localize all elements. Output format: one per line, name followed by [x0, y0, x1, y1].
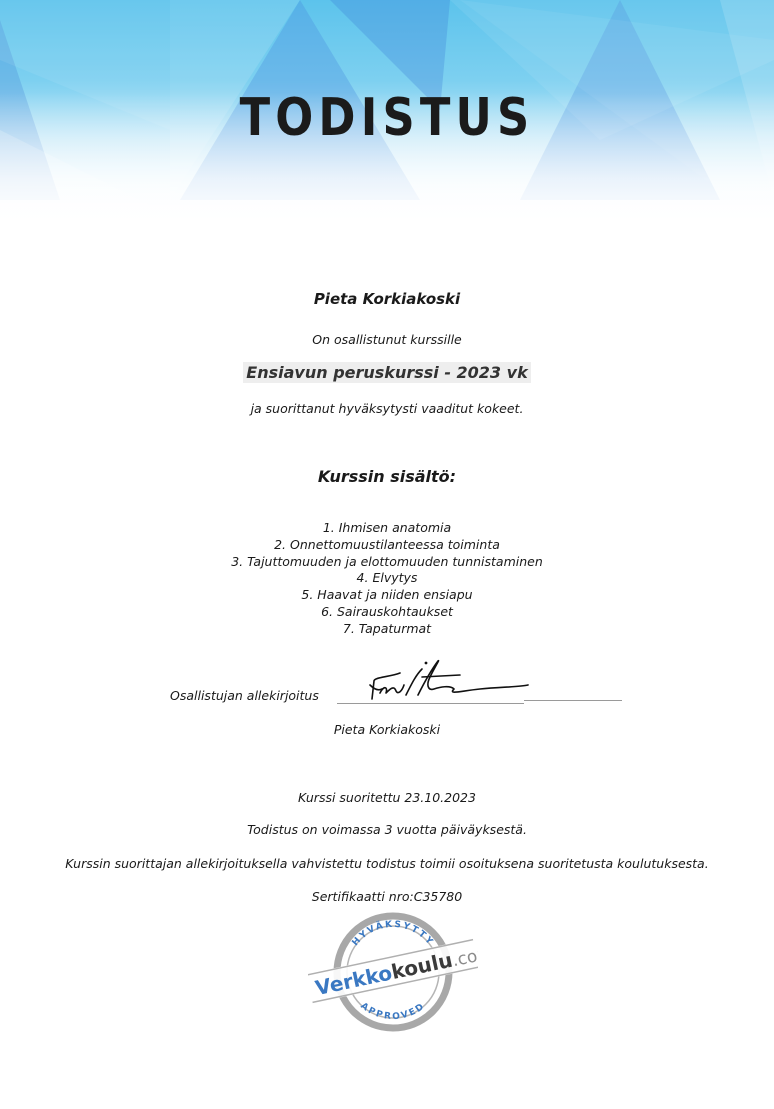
participant-name: Pieta Korkiakoski [0, 290, 774, 308]
contents-item: 4. Elvytys [0, 570, 774, 587]
contents-item: 3. Tajuttomuuden ja elottomuuden tunnist… [0, 554, 774, 571]
course-name: Ensiavun peruskurssi - 2023 vk [243, 362, 530, 383]
contents-heading: Kurssin sisältö: [0, 467, 774, 486]
certificate-number: Sertifikaatti nro:C35780 [0, 889, 774, 904]
contents-item: 1. Ihmisen anatomia [0, 520, 774, 537]
course-contents-list: 1. Ihmisen anatomia 2. Onnettomuustilant… [0, 520, 774, 638]
handwritten-signature-icon [360, 655, 540, 705]
contents-item: 2. Onnettomuustilanteessa toiminta [0, 537, 774, 554]
contents-item: 5. Haavat ja niiden ensiapu [0, 587, 774, 604]
certificate-title: TODISTUS [54, 88, 720, 148]
approved-stamp-icon: HYVÄKSYTTY APPROVED Verkkokoulu.com [308, 910, 478, 1035]
signature-label: Osallistujan allekirjoitus [170, 688, 319, 703]
verification-text: Kurssin suorittajan allekirjoituksella v… [0, 856, 774, 871]
course-name-container: Ensiavun peruskurssi - 2023 vk [0, 362, 774, 383]
participated-text: On osallistunut kurssille [0, 332, 774, 347]
validity-text: Todistus on voimassa 3 vuotta päiväykses… [0, 822, 774, 837]
signer-name: Pieta Korkiakoski [0, 722, 774, 737]
passed-text: ja suorittanut hyväksytysti vaaditut kok… [0, 401, 774, 416]
completion-date: Kurssi suoritettu 23.10.2023 [0, 790, 774, 805]
contents-item: 6. Sairauskohtaukset [0, 604, 774, 621]
contents-item: 7. Tapaturmat [0, 621, 774, 638]
